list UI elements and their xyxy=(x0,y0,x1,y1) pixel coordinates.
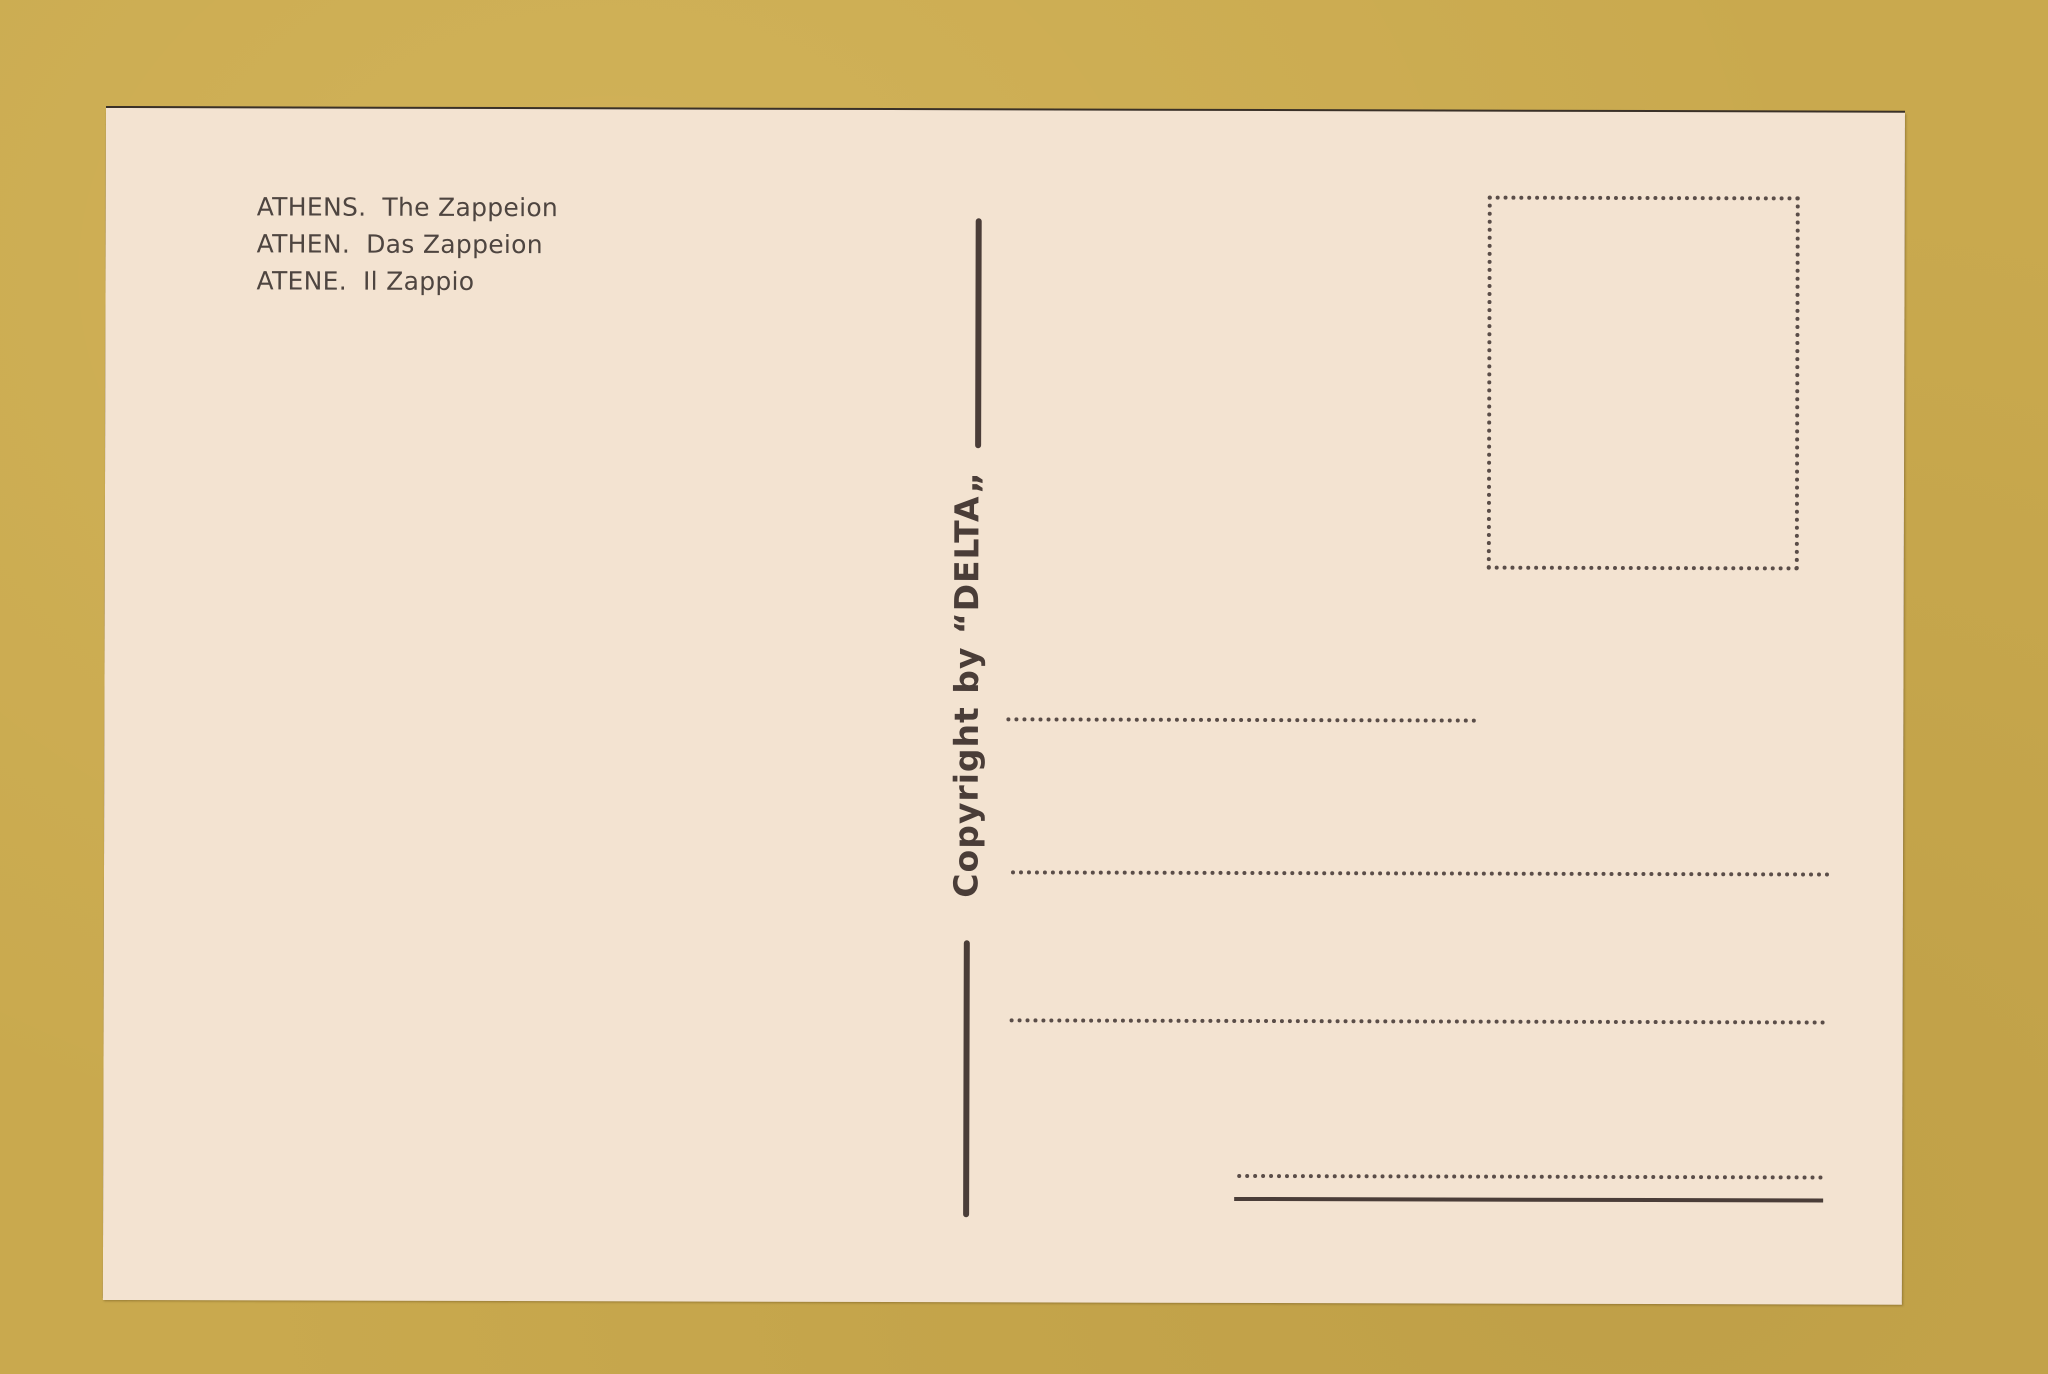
caption-name: Il Zappio xyxy=(363,263,475,300)
copyright-notice: Copyright by “DELTA„ xyxy=(946,471,986,898)
caption-line-german: ATHEN.Das Zappeion xyxy=(257,225,558,263)
caption-line-english: ATHENS.The Zappeion xyxy=(257,188,558,226)
caption-city: ATHEN. xyxy=(257,225,351,262)
address-line-4 xyxy=(1237,1174,1823,1180)
address-line-2 xyxy=(1011,870,1830,876)
caption-city: ATHENS. xyxy=(257,188,367,225)
caption-name: The Zappeion xyxy=(382,189,558,226)
stamp-box xyxy=(1487,196,1800,571)
caption-city: ATENE. xyxy=(256,262,347,299)
center-divider-bottom xyxy=(963,940,970,1217)
caption-name: Das Zappeion xyxy=(366,226,543,263)
postcard: ATHENS.The Zappeion ATHEN.Das Zappeion A… xyxy=(103,108,1905,1305)
center-divider-top xyxy=(975,218,982,448)
address-underline xyxy=(1234,1197,1823,1203)
address-line-3 xyxy=(1010,1018,1826,1024)
caption-line-italian: ATENE.Il Zappio xyxy=(256,262,557,300)
caption-block: ATHENS.The Zappeion ATHEN.Das Zappeion A… xyxy=(256,188,558,300)
address-line-1 xyxy=(1006,717,1476,722)
